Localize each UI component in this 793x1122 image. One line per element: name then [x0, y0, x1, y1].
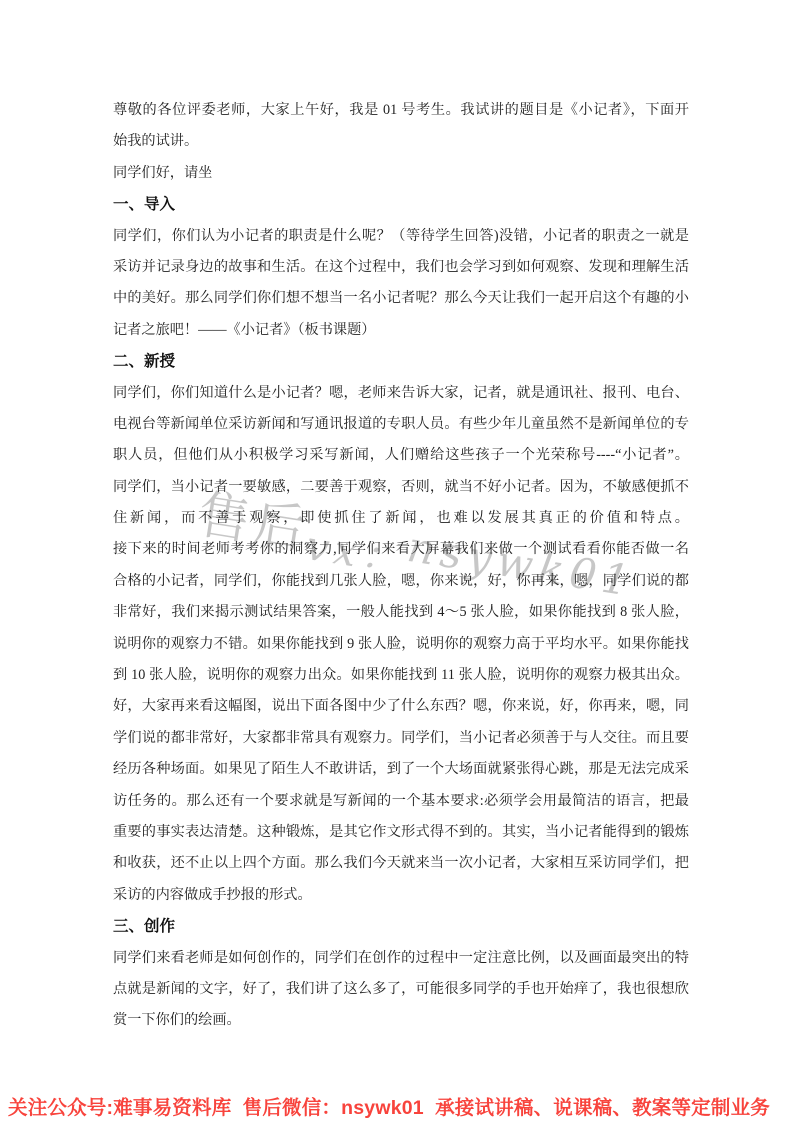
document-page: 售后vx：nsywk01 尊敬的各位评委老师，大家上午好，我是 01 号考生。我…	[0, 0, 793, 1122]
text-line: 职人员，但他们从小积极学习采写新闻，人们赠给这些孩子一个光荣称号----“小记者…	[113, 440, 689, 471]
paragraph: 同学们好，请坐	[113, 158, 689, 189]
paragraph: 同学们来看老师是如何创作的，同学们在创作的过程中一定注意比例，以及画面最突出的特…	[113, 943, 689, 1037]
text-line: 同学们，你们知道什么是小记者？嗯，老师来告诉大家，记者，就是通讯社、报刊、电台、	[113, 378, 689, 409]
paragraph: 尊敬的各位评委老师，大家上午好，我是 01 号考生。我试讲的题目是《小记者》，下…	[113, 95, 689, 158]
text-line: 赏一下你们的绘画。	[113, 1005, 689, 1036]
text-line: 同学们来看老师是如何创作的，同学们在创作的过程中一定注意比例，以及画面最突出的特	[113, 943, 689, 974]
text-line: 接下来的时间老师考考你的洞察力,同学们来看大屏幕我们来做一个测试看看你能否做一名	[113, 534, 689, 565]
heading: 一、导入	[113, 189, 689, 220]
text-line: 三、创作	[113, 911, 689, 942]
text-line: 始我的试讲。	[113, 126, 689, 157]
text-line: 非常好，我们来揭示测试结果答案，一般人能找到 4～5 张人脸，如果你能找到 8 …	[113, 597, 689, 628]
heading: 三、创作	[113, 911, 689, 942]
text-line: 尊敬的各位评委老师，大家上午好，我是 01 号考生。我试讲的题目是《小记者》，下…	[113, 95, 689, 126]
text-line: 同学们好，请坐	[113, 158, 689, 189]
text-line: 重要的事实表达清楚。这种锻炼，是其它作文形式得不到的。其实，当小记者能得到的锻炼	[113, 817, 689, 848]
text-line: 点就是新闻的文字，好了，我们讲了这么多了，可能很多同学的手也开始痒了，我也很想欣	[113, 974, 689, 1005]
text-line: 到 10 张人脸，说明你的观察力出众。如果你能找到 11 张人脸，说明你的观察力…	[113, 660, 689, 691]
text-line: 同学们，你们认为小记者的职责是什么呢？（等待学生回答)没错，小记者的职责之一就是	[113, 221, 689, 252]
footer-banner: 关注公众号:难事易资料库 售后微信：nsywk01 承接试讲稿、说课稿、教案等定…	[0, 1092, 793, 1122]
text-line: 电视台等新闻单位采访新闻和写通讯报道的专职人员。有些少年儿童虽然不是新闻单位的专	[113, 409, 689, 440]
paragraph: 同学们，你们知道什么是小记者？嗯，老师来告诉大家，记者，就是通讯社、报刊、电台、…	[113, 378, 689, 912]
document-body: 尊敬的各位评委老师，大家上午好，我是 01 号考生。我试讲的题目是《小记者》，下…	[113, 95, 689, 1037]
paragraph: 同学们，你们认为小记者的职责是什么呢？（等待学生回答)没错，小记者的职责之一就是…	[113, 221, 689, 347]
text-line: 记者之旅吧！——《小记者》（板书课题）	[113, 315, 689, 346]
text-line: 中的美好。那么同学们你们想不想当一名小记者呢？那么今天让我们一起开启这个有趣的小	[113, 283, 689, 314]
text-line: 访任务的。那么还有一个要求就是写新闻的一个基本要求:必须学会用最简洁的语言，把最	[113, 786, 689, 817]
text-line: 二、新授	[113, 346, 689, 377]
text-line: 一、导入	[113, 189, 689, 220]
text-line: 和收获，还不止以上四个方面。那么我们今天就来当一次小记者，大家相互采访同学们，把	[113, 848, 689, 879]
text-line: 住新闻，而不善于观察，即使抓住了新闻，也难以发展其真正的价值和特点。	[113, 503, 689, 534]
text-line: 合格的小记者，同学们，你能找到几张人脸，嗯，你来说，好，你再来，嗯，同学们说的都	[113, 566, 689, 597]
text-line: 学们说的都非常好，大家都非常具有观察力。同学们，当小记者必须善于与人交往。而且要	[113, 723, 689, 754]
text-line: 同学们，当小记者一要敏感，二要善于观察，否则，就当不好小记者。因为，不敏感便抓不	[113, 472, 689, 503]
heading: 二、新授	[113, 346, 689, 377]
text-line: 采访并记录身边的故事和生活。在这个过程中，我们也会学习到如何观察、发现和理解生活	[113, 252, 689, 283]
text-line: 经历各种场面。如果见了陌生人不敢讲话，到了一个大场面就紧张得心跳，那是无法完成采	[113, 754, 689, 785]
text-line: 采访的内容做成手抄报的形式。	[113, 880, 689, 911]
text-line: 说明你的观察力不错。如果你能找到 9 张人脸，说明你的观察力高于平均水平。如果你…	[113, 629, 689, 660]
text-line: 好，大家再来看这幅图，说出下面各图中少了什么东西？嗯，你来说，好，你再来，嗯，同	[113, 691, 689, 722]
footer-promo-text: 关注公众号:难事易资料库 售后微信：nsywk01 承接试讲稿、说课稿、教案等定…	[8, 1092, 770, 1120]
